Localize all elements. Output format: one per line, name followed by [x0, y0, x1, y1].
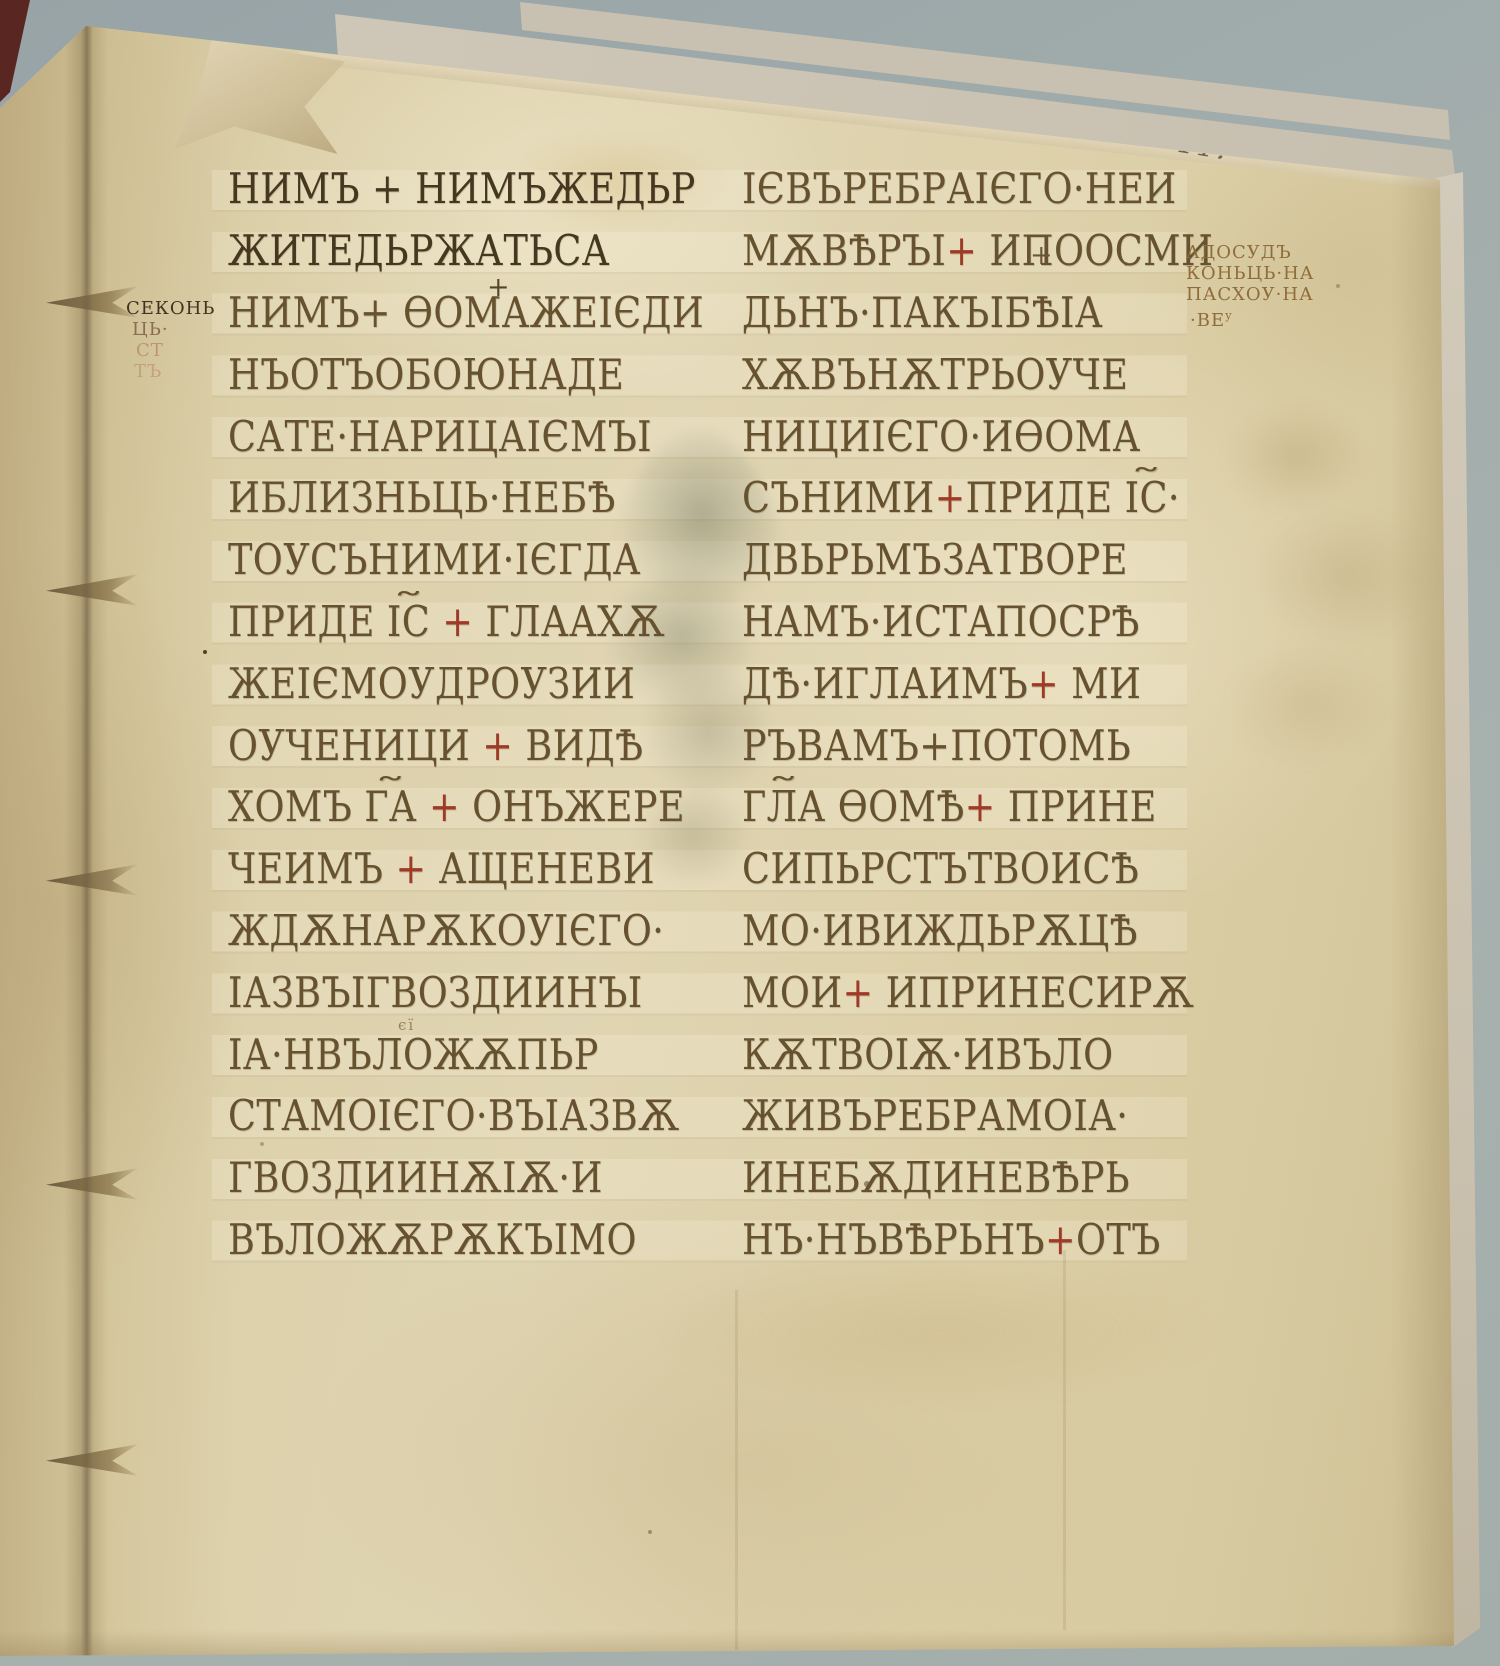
margin-note-left: СЕКОНЬЦЬ·СТТЪ — [126, 298, 236, 382]
text-segment: ІЄВЪРЕБРАІЄГО·НЕИ — [742, 164, 1177, 213]
text-line: НАМЪ·ИСТАПОСРѢ — [742, 591, 1118, 653]
text-segment: АЩЕНЕВИ — [427, 844, 655, 893]
text-line: ГЛА ѲОМѢ+ ПРИНЕ — [742, 776, 1118, 838]
margin-note-line: КОНЬЦЬ·НА — [1186, 263, 1346, 284]
text-segment: ОУЧЕНИЦИ — [228, 721, 482, 770]
text-line: ХОМЪ ГА + ОНЪЖЕРЕ — [228, 776, 593, 838]
text-line: МОИ+ ИПРИНЕСИРѪ — [742, 961, 1118, 1023]
text-segment: ОНЪЖЕРЕ — [460, 782, 685, 831]
text-segment — [430, 597, 442, 646]
red-cross-mark: + — [946, 226, 977, 275]
text-segment: ІС — [1125, 473, 1168, 522]
text-segment: МО·ИВИЖДЬРѪЦѢ — [742, 906, 1138, 955]
text-line: ГВОЗДИИНѪІѪ·И — [228, 1147, 593, 1209]
ornamental-cross: + — [1030, 240, 1053, 271]
text-line: СИПЬРСТЪТВОИСѢ — [742, 838, 1118, 900]
text-segment: ИБЛИЗНЬЦЬ·НЕБѢ — [228, 473, 616, 522]
text-segment: ЖИТЕДЬРЖАТЬСА — [228, 226, 610, 275]
text-segment: ПРИНЕ — [996, 782, 1157, 831]
text-segment: ГЛААХѪ — [473, 597, 665, 646]
margin-note-line: СТ — [126, 340, 236, 361]
text-line: ОУЧЕНИЦИ + ВИДѢ — [228, 714, 593, 776]
text-segment: НИМЪ + НИМЪЖЕДЬР — [228, 164, 696, 213]
text-line: ТОУСЪНИМИ·ІЄГДА — [228, 529, 593, 591]
margin-note-right: АДОСУДЪКОНЬЦЬ·НАПАСХОУ·НА·ВЕу — [1186, 242, 1346, 331]
red-cross-mark: + — [1045, 1215, 1076, 1264]
text-segment: ИПООСМИ — [977, 226, 1213, 275]
text-line: ЖЕІЄМОУДРОУЗИИ — [228, 652, 593, 714]
text-segment: · — [1168, 473, 1180, 522]
text-segment: ІС — [387, 597, 430, 646]
text-segment: ГА — [364, 782, 417, 831]
interlinear-gloss: єї — [398, 1016, 415, 1034]
text-segment: ДВЬРЬМЪЗАТВОРЕ — [742, 535, 1128, 584]
text-segment: ИПРИНЕСИРѪ — [874, 968, 1195, 1017]
red-cross-mark: + — [395, 844, 426, 893]
manuscript-photo: { "page": { "folio_number": "11.", "kind… — [0, 0, 1500, 1666]
text-line: ЖИТЕДЬРЖАТЬСА — [228, 220, 593, 282]
text-segment: НИМЪ+ ѲОМАЖЕІЄДИ — [228, 288, 704, 337]
text-line: ЖИВЪРЕБРАМОІА· — [742, 1085, 1118, 1147]
text-line: ИБЛИЗНЬЦЬ·НЕБѢ — [228, 467, 593, 529]
text-segment: ВИДѢ — [513, 721, 643, 770]
parchment-stain — [660, 1255, 1220, 1405]
text-line: ДѢ·ИГЛАИМЪ+ МИ — [742, 652, 1118, 714]
margin-stain — [1195, 370, 1445, 800]
red-cross-mark: + — [843, 968, 874, 1017]
binding-crease — [64, 0, 108, 1666]
text-segment — [417, 782, 429, 831]
text-segment: САТЕ·НАРИЦАІЄМЪІ — [228, 412, 652, 461]
text-line: ЧЕИМЪ + АЩЕНЕВИ — [228, 838, 593, 900]
text-line: САТЕ·НАРИЦАІЄМЪІ — [228, 405, 593, 467]
text-segment: РЪВАМЪ+ПОТОМЬ — [742, 721, 1131, 770]
text-column-right: ІЄВЪРЕБРАІЄГО·НЕИМѪВѢРЪІ+ ИПООСМИДЬНЪ·ПА… — [742, 158, 1174, 1270]
text-line: ІАЗВЪІГВОЗДИИНЪІ — [228, 961, 593, 1023]
text-segment: ДЬНЪ·ПАКЪІБѢІА — [742, 288, 1103, 337]
text-segment: ДѢ·ИГЛАИМЪ — [742, 659, 1028, 708]
text-segment: ХОМЪ — [228, 782, 364, 831]
bottom-edge-shading — [0, 1630, 1500, 1666]
text-segment: МОИ — [742, 968, 843, 1017]
parchment-page: 11. НИМЪ + НИМЪЖЕДЬРЖИТЕДЬРЖАТЬСАНИМЪ+ Ѳ… — [0, 0, 1500, 1666]
margin-note-line: ПАСХОУ·НА — [1186, 284, 1346, 305]
text-segment: ПРИДЕ — [966, 473, 1125, 522]
text-segment: ВЪЛОЖѪРѪКЪІМО — [228, 1215, 637, 1264]
margin-note-line: СЕКОНЬ — [126, 298, 236, 319]
text-segment: НИЦИІЄГО·ИѲОМА — [742, 412, 1141, 461]
text-line: ЖДѪНАРѪКОУІЄГО· — [228, 900, 593, 962]
text-segment: ХѪВЪНѪТРЬОУЧЕ — [742, 350, 1128, 399]
red-cross-mark: + — [429, 782, 460, 831]
text-segment: НЪ·НЪВѢРЬНЪ — [742, 1215, 1045, 1264]
text-segment: ІА·НВЪЛОЖѪПЬР — [228, 1030, 599, 1079]
margin-note-line: ЦЬ· — [126, 319, 236, 340]
text-segment: ГВОЗДИИНѪІѪ·И — [228, 1153, 603, 1202]
text-segment: НАМЪ·ИСТАПОСРѢ — [742, 597, 1140, 646]
superscript-letter: у — [1225, 309, 1233, 322]
text-column-left: НИМЪ + НИМЪЖЕДЬРЖИТЕДЬРЖАТЬСАНИМЪ+ ѲОМАЖ… — [228, 158, 648, 1270]
text-segment: ГЛА — [742, 782, 826, 831]
text-segment: ЧЕИМЪ — [228, 844, 395, 893]
text-line: НЪ·НЪВѢРЬНЪ+ОТЪ — [742, 1209, 1118, 1271]
text-segment: ІАЗВЪІГВОЗДИИНЪІ — [228, 968, 643, 1017]
red-cross-mark: + — [935, 473, 966, 522]
text-line: ДВЬРЬМЪЗАТВОРЕ — [742, 529, 1118, 591]
margin-note-line: АДОСУДЪ — [1186, 242, 1346, 263]
margin-note-line: ·ВЕу — [1186, 305, 1346, 331]
ornamental-cross: + — [487, 272, 510, 303]
text-line: МО·ИВИЖДЬРѪЦѢ — [742, 900, 1118, 962]
text-segment: ЖИВЪРЕБРАМОІА· — [742, 1091, 1128, 1140]
text-line: КѪТВОІѪ·ИВЪЛО — [742, 1023, 1118, 1085]
text-line: СТАМОІЄГО·ВЪІАЗВѪ — [228, 1085, 593, 1147]
text-segment: МИ — [1059, 659, 1141, 708]
text-line: ИНЕБѪДИНЕВѢРЬ — [742, 1147, 1118, 1209]
text-line: НИМЪ + НИМЪЖЕДЬР — [228, 158, 593, 220]
text-segment: СТАМОІЄГО·ВЪІАЗВѪ — [228, 1091, 680, 1140]
text-segment: МѪВѢРЪІ — [742, 226, 946, 275]
text-line: НИЦИІЄГО·ИѲОМА — [742, 405, 1118, 467]
ink-flecks — [203, 650, 207, 654]
red-cross-mark: + — [442, 597, 473, 646]
text-line: НИМЪ+ ѲОМАЖЕІЄДИ — [228, 282, 593, 344]
text-segment: ИНЕБѪДИНЕВѢРЬ — [742, 1153, 1130, 1202]
text-line: СЪНИМИ+ПРИДЕ ІС· — [742, 467, 1118, 529]
text-segment: ЖДѪНАРѪКОУІЄГО· — [228, 906, 664, 955]
text-line: ПРИДЕ ІС + ГЛААХѪ — [228, 591, 593, 653]
text-line: ІЄВЪРЕБРАІЄГО·НЕИ — [742, 158, 1118, 220]
text-segment: ЖЕІЄМОУДРОУЗИИ — [228, 659, 635, 708]
text-segment: ОТЪ — [1076, 1215, 1161, 1264]
red-cross-mark: + — [965, 782, 996, 831]
text-line: ХѪВЪНѪТРЬОУЧЕ — [742, 343, 1118, 405]
text-segment: СИПЬРСТЪТВОИСѢ — [742, 844, 1139, 893]
red-cross-mark: + — [1028, 659, 1059, 708]
text-segment: СЪНИМИ — [742, 473, 935, 522]
text-segment: ТОУСЪНИМИ·ІЄГДА — [228, 535, 641, 584]
text-line: ДЬНЪ·ПАКЪІБѢІА — [742, 282, 1118, 344]
margin-note-line: ТЪ — [126, 361, 236, 382]
red-cross-mark: + — [482, 721, 513, 770]
text-line: МѪВѢРЪІ+ ИПООСМИ — [742, 220, 1118, 282]
text-segment: ПРИДЕ — [228, 597, 387, 646]
text-line: НЪОТЪОБОЮНАДЕ — [228, 343, 593, 405]
text-segment: КѪТВОІѪ·ИВЪЛО — [742, 1030, 1113, 1079]
text-segment: НЪОТЪОБОЮНАДЕ — [228, 350, 624, 399]
gutter-shading — [0, 0, 235, 1666]
text-segment: ѲОМѢ — [826, 782, 965, 831]
text-line: РЪВАМЪ+ПОТОМЬ — [742, 714, 1118, 776]
text-line: ВЪЛОЖѪРѪКЪІМО — [228, 1209, 593, 1271]
